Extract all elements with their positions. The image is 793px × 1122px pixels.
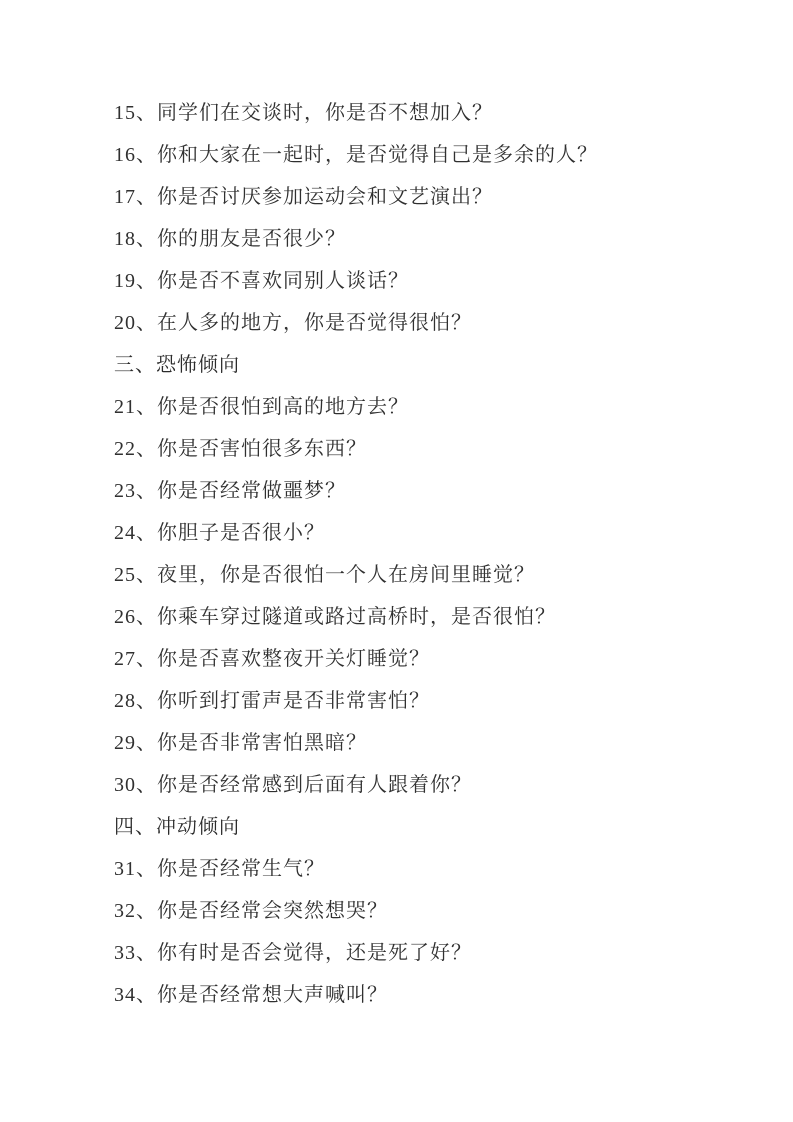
question-21: 21、你是否很怕到高的地方去？ — [114, 386, 763, 428]
question-33: 33、你有时是否会觉得，还是死了好？ — [114, 932, 763, 974]
question-30: 30、你是否经常感到后面有人跟着你？ — [114, 764, 763, 806]
question-28: 28、你听到打雷声是否非常害怕？ — [114, 680, 763, 722]
question-16: 16、你和大家在一起时，是否觉得自己是多余的人？ — [114, 134, 763, 176]
section-header-3-fear-tendency: 三、恐怖倾向 — [114, 344, 763, 386]
question-15: 15、同学们在交谈时，你是否不想加入？ — [114, 92, 763, 134]
question-18: 18、你的朋友是否很少？ — [114, 218, 763, 260]
question-27: 27、你是否喜欢整夜开关灯睡觉？ — [114, 638, 763, 680]
document-page: 15、同学们在交谈时，你是否不想加入？ 16、你和大家在一起时，是否觉得自己是多… — [0, 0, 793, 1122]
question-19: 19、你是否不喜欢同别人谈话？ — [114, 260, 763, 302]
question-25: 25、夜里，你是否很怕一个人在房间里睡觉？ — [114, 554, 763, 596]
question-23: 23、你是否经常做噩梦？ — [114, 470, 763, 512]
question-20: 20、在人多的地方，你是否觉得很怕？ — [114, 302, 763, 344]
question-17: 17、你是否讨厌参加运动会和文艺演出？ — [114, 176, 763, 218]
question-22: 22、你是否害怕很多东西？ — [114, 428, 763, 470]
section-header-4-impulse-tendency: 四、冲动倾向 — [114, 806, 763, 848]
question-31: 31、你是否经常生气？ — [114, 848, 763, 890]
question-29: 29、你是否非常害怕黑暗？ — [114, 722, 763, 764]
question-34: 34、你是否经常想大声喊叫？ — [114, 974, 763, 1016]
question-24: 24、你胆子是否很小？ — [114, 512, 763, 554]
question-32: 32、你是否经常会突然想哭？ — [114, 890, 763, 932]
question-26: 26、你乘车穿过隧道或路过高桥时，是否很怕？ — [114, 596, 763, 638]
document-body: 15、同学们在交谈时，你是否不想加入？ 16、你和大家在一起时，是否觉得自己是多… — [114, 92, 763, 1016]
